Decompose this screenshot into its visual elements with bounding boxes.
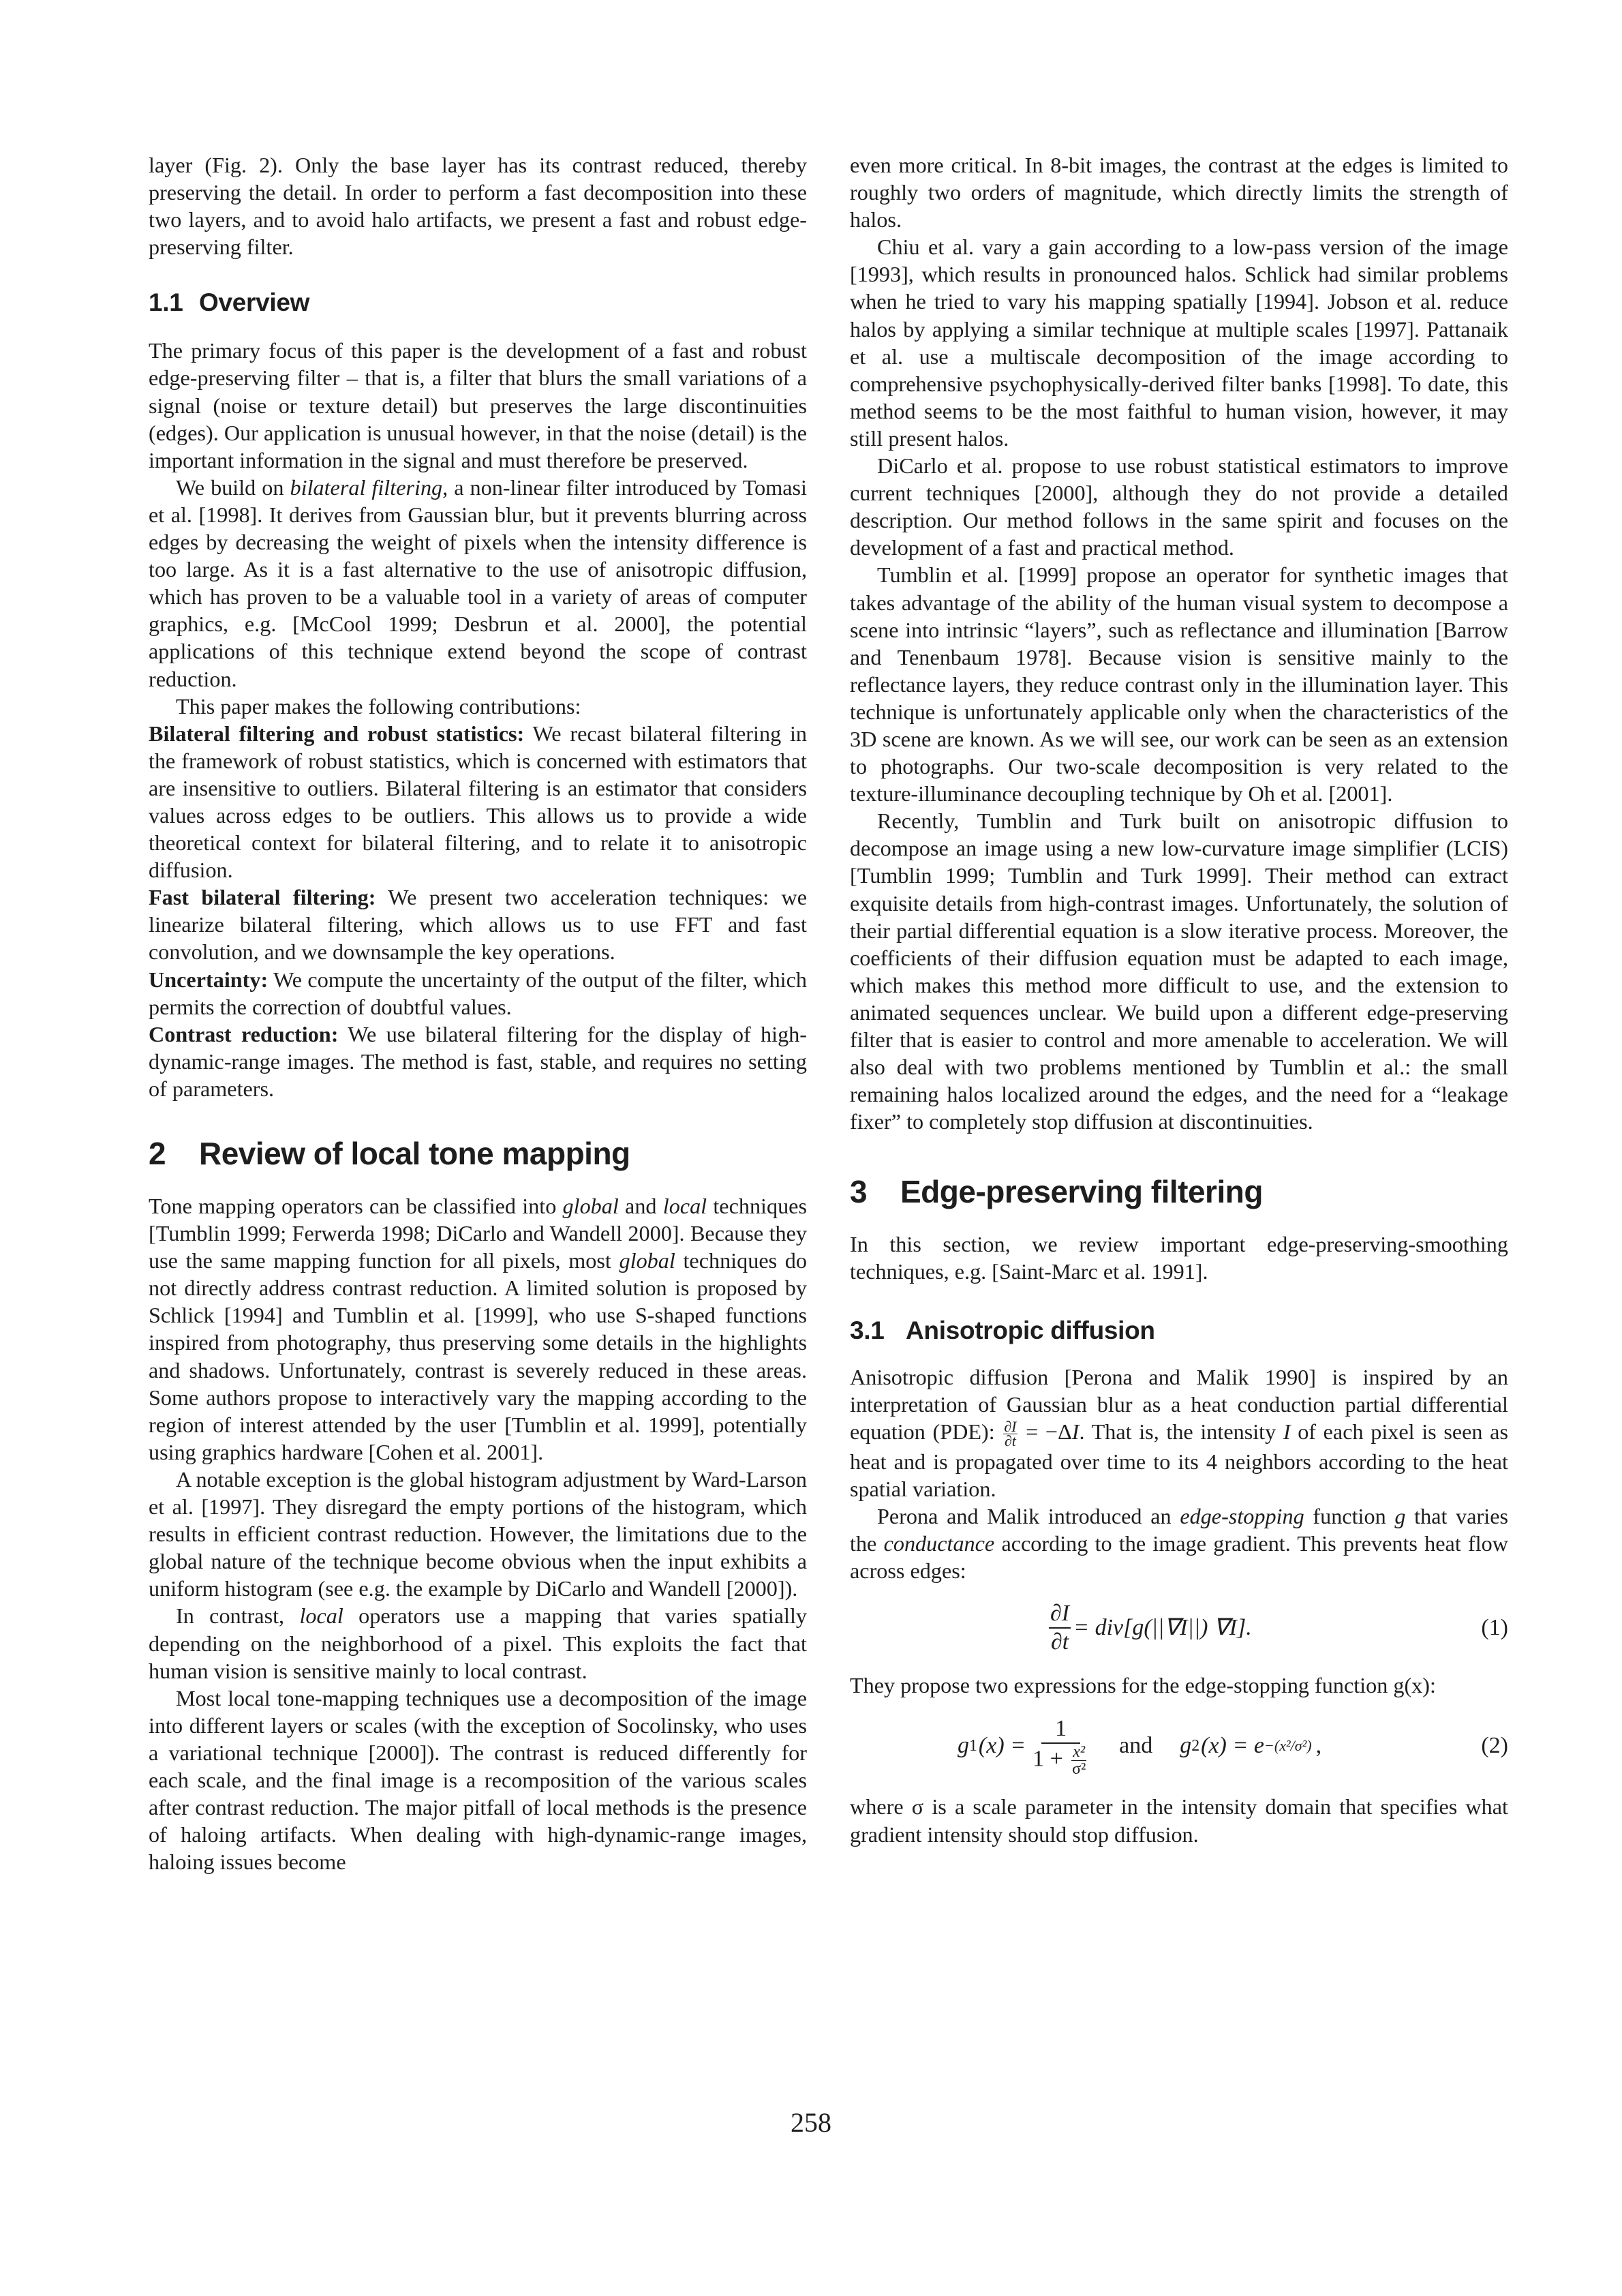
- right-column: even more critical. In 8-bit images, the…: [850, 151, 1508, 1848]
- section-title: Review of local tone mapping: [199, 1136, 630, 1171]
- contribution-item: Uncertainty: We compute the uncertainty …: [149, 966, 807, 1021]
- section-title: Overview: [199, 288, 309, 316]
- section-title: Edge-preserving filtering: [900, 1174, 1263, 1209]
- inline-fraction: ∂I∂t: [1003, 1420, 1017, 1448]
- section-number: 3.1: [850, 1316, 906, 1346]
- contribution-item: Contrast reduction: We use bilateral fil…: [149, 1021, 807, 1102]
- section-title: Anisotropic diffusion: [906, 1316, 1155, 1344]
- section-number: 3: [850, 1173, 900, 1210]
- contribution-item: Fast bilateral filtering: We present two…: [149, 883, 807, 965]
- overview-paragraph-1: The primary focus of this paper is the d…: [149, 337, 807, 473]
- contribution-label: Uncertainty:: [149, 967, 268, 992]
- equation-number: (2): [1481, 1732, 1508, 1759]
- review-paragraph-4: Most local tone-mapping techniques use a…: [149, 1685, 807, 1876]
- tumblin-paragraph: Tumblin et al. [1999] propose an operato…: [850, 561, 1508, 807]
- equation-rhs: = div[g(||∇I||) ∇I].: [1073, 1614, 1252, 1642]
- equation-2: g1(x) = 1 1 + x²σ² and g2(x) = e−(x²/σ²)…: [850, 1708, 1508, 1783]
- section-heading-3: 3Edge-preserving filtering: [850, 1173, 1508, 1210]
- equation-1: ∂I∂t = div[g(||∇I||) ∇I]. (1): [850, 1594, 1508, 1662]
- section-heading-1-1: 1.1Overview: [149, 288, 807, 318]
- overview-paragraph-2: We build on bilateral filtering, a non-l…: [149, 474, 807, 693]
- g1-fraction: 1 1 + x²σ²: [1032, 1715, 1089, 1777]
- section-heading-2: 2Review of local tone mapping: [149, 1135, 807, 1172]
- anisotropic-paragraph-2: Perona and Malik introduced an edge-stop…: [850, 1502, 1508, 1584]
- review-paragraph-1: Tone mapping operators can be classified…: [149, 1192, 807, 1466]
- equation-number: (1): [1481, 1614, 1508, 1642]
- contribution-label: Fast bilateral filtering:: [149, 885, 376, 909]
- left-column: layer (Fig. 2). Only the base layer has …: [149, 151, 807, 1875]
- emphasis: bilateral filtering: [290, 475, 443, 500]
- continued-paragraph: even more critical. In 8-bit images, the…: [850, 151, 1508, 233]
- recently-paragraph: Recently, Tumblin and Turk built on anis…: [850, 807, 1508, 1135]
- sigma-paragraph: where σ is a scale parameter in the inte…: [850, 1793, 1508, 1847]
- g1-inner-fraction: x²σ²: [1071, 1744, 1086, 1777]
- overview-paragraph-3: This paper makes the following contribut…: [149, 693, 807, 720]
- section-number: 2: [149, 1135, 199, 1172]
- page-number: 258: [0, 2106, 1622, 2139]
- equation-intro: They propose two expressions for the edg…: [850, 1672, 1508, 1699]
- section-number: 1.1: [149, 288, 199, 318]
- intro-paragraph: layer (Fig. 2). Only the base layer has …: [149, 151, 807, 260]
- review-paragraph-3: In contrast, local operators use a mappi…: [149, 1602, 807, 1684]
- review-paragraph-2: A notable exception is the global histog…: [149, 1466, 807, 1602]
- contribution-item: Bilateral filtering and robust statistic…: [149, 720, 807, 884]
- chiu-paragraph: Chiu et al. vary a gain according to a l…: [850, 233, 1508, 452]
- contribution-label: Contrast reduction:: [149, 1022, 338, 1046]
- equation-fraction: ∂I∂t: [1049, 1600, 1071, 1656]
- contribution-label: Bilateral filtering and robust statistic…: [149, 721, 524, 746]
- section-heading-3-1: 3.1Anisotropic diffusion: [850, 1316, 1508, 1346]
- section-3-intro: In this section, we review important edg…: [850, 1230, 1508, 1285]
- dicarlo-paragraph: DiCarlo et al. propose to use robust sta…: [850, 452, 1508, 561]
- anisotropic-paragraph-1: Anisotropic diffusion [Perona and Malik …: [850, 1363, 1508, 1502]
